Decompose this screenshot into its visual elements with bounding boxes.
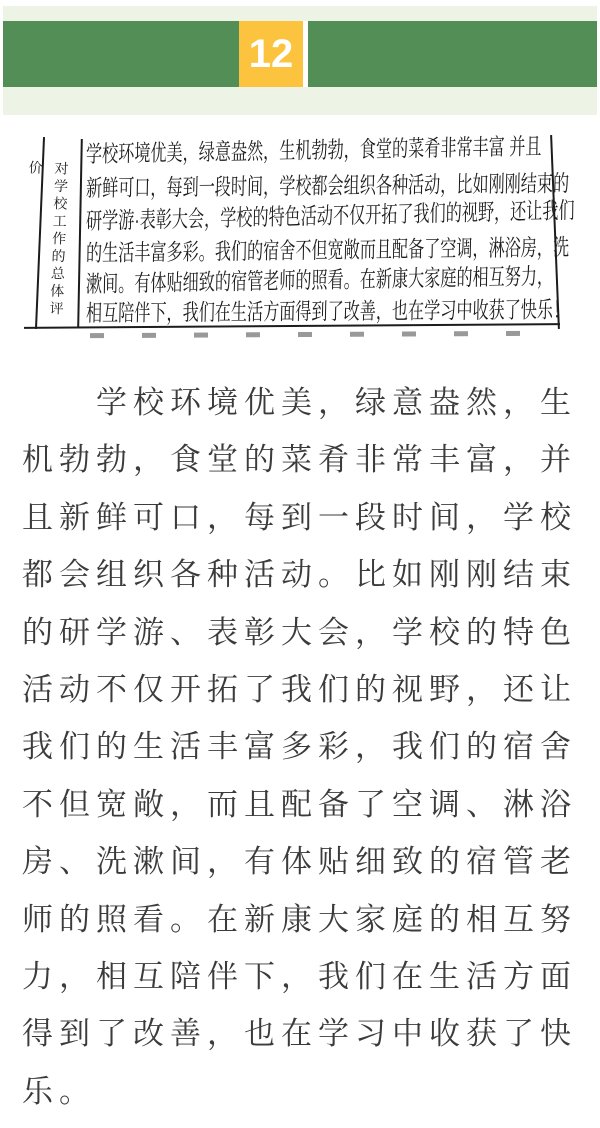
header-strip-bottom (3, 87, 597, 115)
article-body: 学校环境优美，绿意盎然，生 机勃勃，食堂的菜肴非常丰富，并 且新鲜可口，每到一段… (22, 374, 579, 1120)
article-text-line: 不但宽敞，而且配备了空调、淋浴 (22, 776, 579, 833)
article-text-line: 学校环境优美，绿意盎然，生 (22, 374, 579, 431)
article-text-line: 活动不仅开拓了我们的视野，还让 (22, 661, 579, 718)
handwriting-line: 漱间。有体贴细致的宿管老师的照看。在新康大家庭的相互努力， (86, 263, 554, 299)
handwriting-line: 相互陪伴下，我们在生活方面得到了改善，也在学习中收获了快乐！ (86, 296, 570, 327)
note-row-label: 对学校工作的总体评价 (43, 161, 75, 326)
article-text-line: 师的照看。在新康大家庭的相互努 (22, 891, 579, 948)
article-text-line: 我们的生活丰富多彩，我们的宿舍 (22, 718, 579, 775)
article-text-line: 且新鲜可口，每到一段时间，学校 (22, 489, 579, 546)
handwriting-line: 新鲜可口，每到一段时间，学校都会组织各种活动，比如刚刚结束的 (86, 170, 570, 202)
article-page: 12 对学校工作的总体评价 学校环境优美，绿意盎然，生机勃勃，食堂的菜肴非常丰富… (0, 0, 600, 1128)
page-number: 12 (249, 34, 294, 74)
header-strip-top (3, 6, 597, 21)
article-text-line: 力，相互陪伴下，我们在生活方面 (22, 948, 579, 1005)
article-text-line: 机勃勃，食堂的菜肴非常丰富，并 (22, 431, 579, 488)
note-remnant-strokes (90, 331, 530, 338)
article-text-line: 乐。 (22, 1063, 579, 1120)
article-text-line: 房、洗漱间，有体贴细致的宿管老 (22, 833, 579, 890)
handwriting-line: 的生活丰富多彩。我们的宿舍不但宽敞而且配备了空调，淋浴房，洗 (86, 234, 570, 268)
note-border-mid (77, 139, 83, 327)
article-text-line: 的研学游、表彰大会，学校的特色 (22, 604, 579, 661)
handwriting-line: 学校环境优美，绿意盎然，生机勃勃，食堂的菜肴非常丰富 并且 (86, 133, 542, 169)
handwritten-note-image[interactable]: 对学校工作的总体评价 学校环境优美，绿意盎然，生机勃勃，食堂的菜肴非常丰富 并且… (20, 125, 565, 345)
article-text-line: 得到了改善，也在学习中收获了快 (22, 1005, 579, 1062)
page-number-badge: 12 (239, 21, 303, 87)
badge-gap (303, 21, 308, 87)
article-text-line: 都会组织各种活动。比如刚刚结束 (22, 546, 579, 603)
handwriting-line: 研学游·表彰大会，学校的特色活动不仅开拓了我们的视野，还让我们 (86, 197, 575, 236)
